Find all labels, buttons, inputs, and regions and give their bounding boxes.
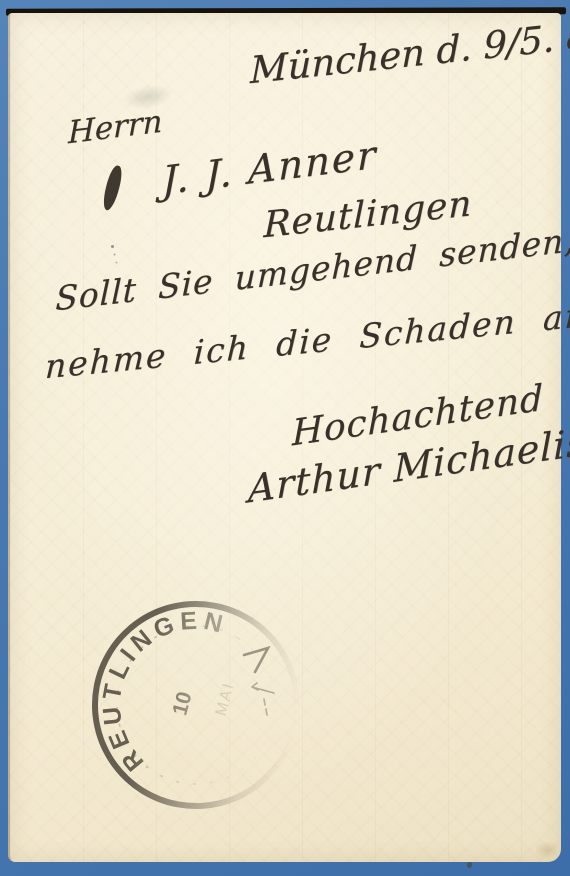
pencil-mark-seven: [244, 648, 268, 672]
dateline-handwriting: München d. 9/5. 89: [250, 11, 570, 92]
recipient-name: J. J. Anner: [162, 133, 377, 205]
scanned-postcard-page: { "postcard": { "dateline": "München d. …: [0, 0, 570, 876]
pencil-marks-svg: [230, 603, 350, 733]
edge-stain: [534, 841, 560, 859]
postmark-day: 10: [168, 689, 196, 718]
pencil-mark-tick: [252, 683, 274, 693]
ink-blot: [101, 164, 125, 212]
ink-dots: [111, 245, 114, 248]
postcard: München d. 9/5. 89 Herrn J. J. Anner Reu…: [8, 13, 561, 862]
recipient-salutation: Herrn: [68, 103, 162, 151]
faint-pencil-marks: [230, 603, 350, 733]
pencil-mark-dots: [264, 699, 267, 715]
